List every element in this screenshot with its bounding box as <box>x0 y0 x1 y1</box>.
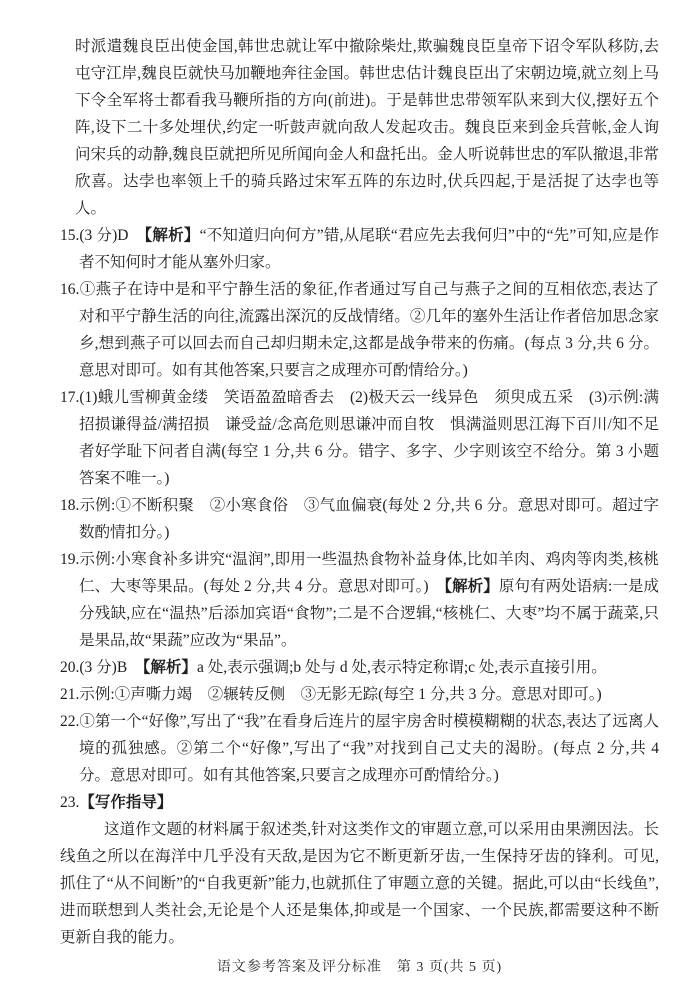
item-text: ①第一个“好像”,写出了“我”在看身后连片的屋宇房舍时模模糊糊的状态,表达了远离… <box>79 713 659 784</box>
answer-item-18: 18.示例:①不断积聚 ②小寒食俗 ③气血偏衰(每处 2 分,共 6 分。意思对… <box>60 492 659 546</box>
item-text: a 处,表示强调;b 处与 d 处,表示特定称谓;c 处,表示直接引用。 <box>197 659 607 676</box>
item-number: 20. <box>60 659 79 676</box>
item-text: (1)蛾儿雪柳黄金缕 笑语盈盈暗香去 (2)极天云一线异色 须臾成五采 (3)示… <box>79 389 659 487</box>
analysis-label: 【解析】 <box>144 227 199 244</box>
answer-item-16: 16.①燕子在诗中是和平宁静生活的象征,作者通过写自己与燕子之间的互相依恋,表达… <box>60 276 659 384</box>
item-number: 23. <box>60 794 79 811</box>
item-number: 17. <box>60 389 79 406</box>
item-number: 16. <box>60 281 79 298</box>
answer-item-23: 23.【写作指导】 <box>60 789 659 816</box>
item-text: ①燕子在诗中是和平宁静生活的象征,作者通过写自己与燕子之间的互相依恋,表达了对和… <box>79 281 659 379</box>
item-number: 15. <box>60 227 79 244</box>
answer-item-15: 15.(3 分)D 【解析】“不知道归向何方”错,从尾联“君应先去我何归”中的“… <box>60 222 659 276</box>
analysis-label: 【写作指导】 <box>79 794 172 811</box>
translation-paragraph: 时派遣魏良臣出使金国,韩世忠就让军中撤除柴灶,欺骗魏良臣皇帝下诏令军队移防,去屯… <box>75 33 659 222</box>
item-text: (3 分)D <box>79 227 144 244</box>
analysis-label: 【解析】 <box>444 578 499 595</box>
item-text: 示例:①声嘶力竭 ②辗转反侧 ③无影无踪(每空 1 分,共 3 分。意思对即可。… <box>79 686 601 703</box>
writing-guidance-paragraph: 这道作文题的材料属于叙述类,针对这类作文的审题立意,可以采用由果溯因法。长线鱼之… <box>60 816 659 951</box>
analysis-label: 【解析】 <box>143 659 197 676</box>
item-number: 22. <box>60 713 79 730</box>
page-footer: 语文参考答案及评分标准 第 3 页(共 5 页) <box>60 958 659 978</box>
answer-item-17: 17.(1)蛾儿雪柳黄金缕 笑语盈盈暗香去 (2)极天云一线异色 须臾成五采 (… <box>60 384 659 492</box>
item-number: 21. <box>60 686 79 703</box>
answer-item-22: 22.①第一个“好像”,写出了“我”在看身后连片的屋宇房舍时模模糊糊的状态,表达… <box>60 708 659 789</box>
answer-item-19: 19.示例:小寒食补多讲究“温润”,即用一些温热食物补益身体,比如羊肉、鸡肉等肉… <box>60 546 659 654</box>
answer-key-page: 时派遣魏良臣出使金国,韩世忠就让军中撤除柴灶,欺骗魏良臣皇帝下诏令军队移防,去屯… <box>0 0 699 978</box>
answer-list: 15.(3 分)D 【解析】“不知道归向何方”错,从尾联“君应先去我何归”中的“… <box>60 222 659 816</box>
answer-item-21: 21.示例:①声嘶力竭 ②辗转反侧 ③无影无踪(每空 1 分,共 3 分。意思对… <box>60 681 659 708</box>
answer-item-20: 20.(3 分)B 【解析】a 处,表示强调;b 处与 d 处,表示特定称谓;c… <box>60 654 659 681</box>
item-number: 18. <box>60 497 79 514</box>
item-number: 19. <box>60 551 79 568</box>
item-text: (3 分)B <box>79 659 142 676</box>
item-text: 示例:①不断积聚 ②小寒食俗 ③气血偏衰(每处 2 分,共 6 分。意思对即可。… <box>79 497 659 541</box>
